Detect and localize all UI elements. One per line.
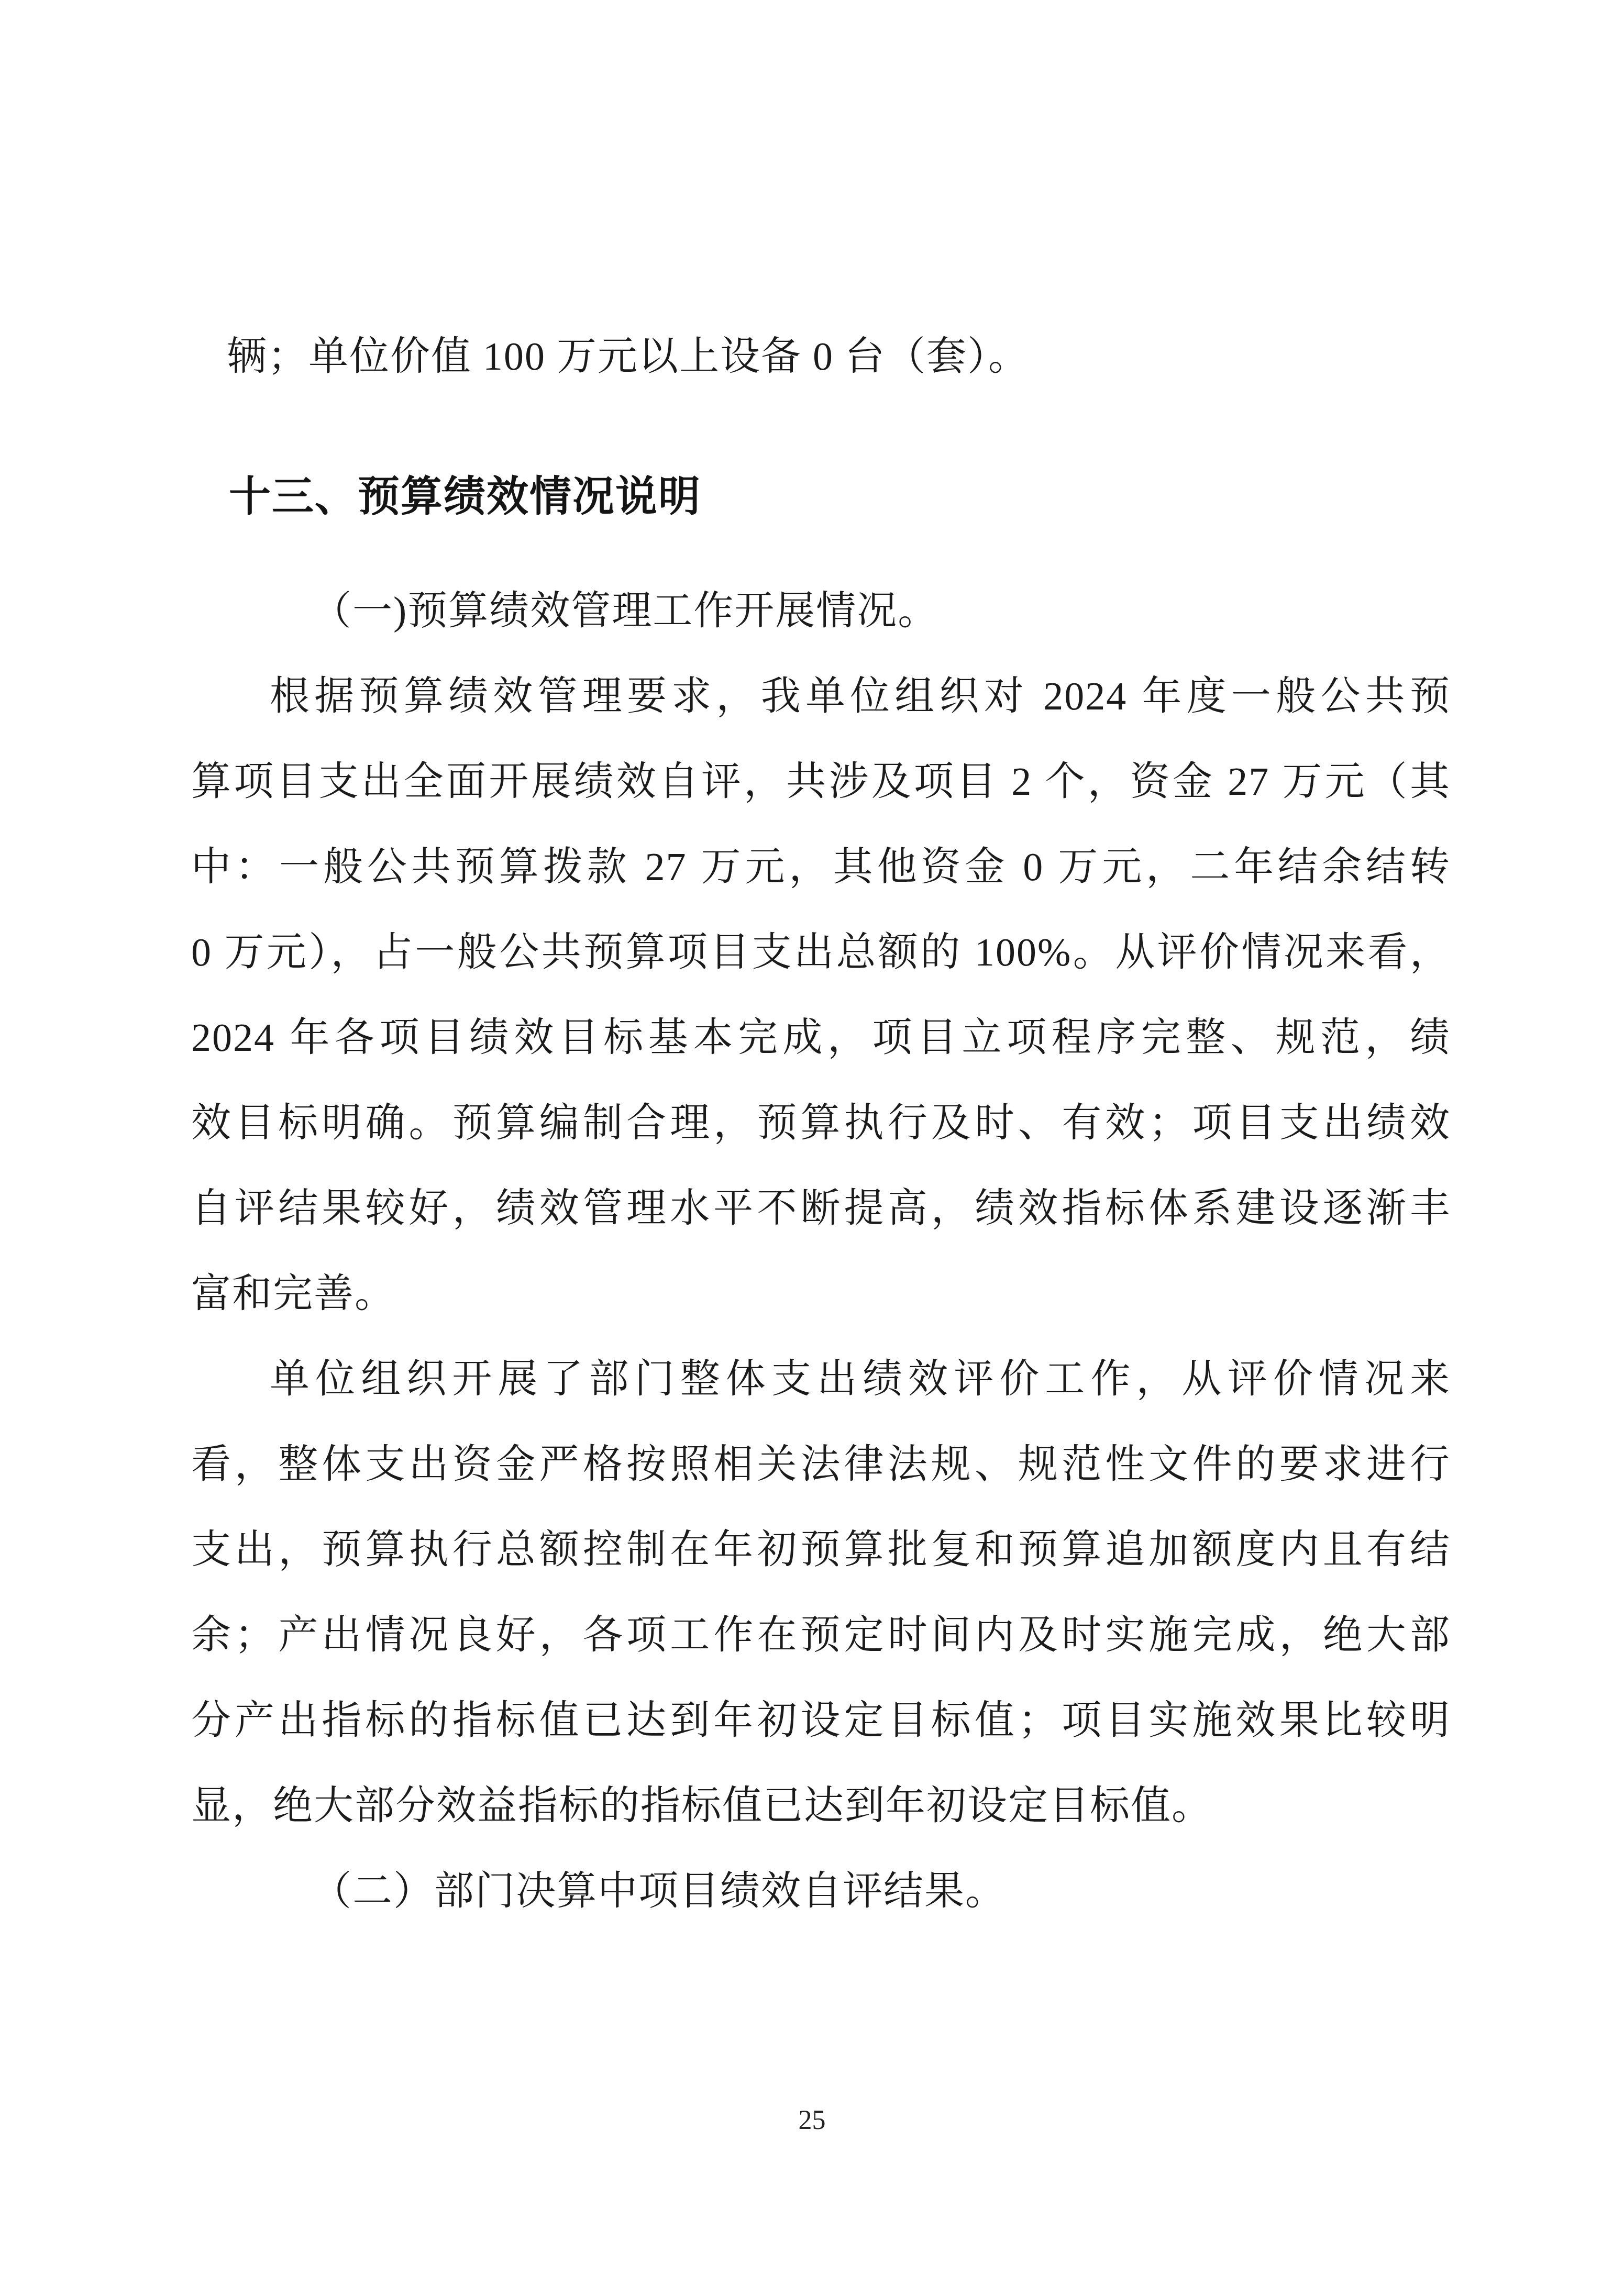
paragraph-1-line: 算项目支出全面开展绩效自评，共涉及项目 2 个，资金 27 万元（其 — [191, 739, 1451, 825]
paragraph-2-line: 余；产出情况良好，各项工作在预定时间内及时实施完成，绝大部 — [191, 1593, 1451, 1678]
paragraph-1-line: 自评结果较好，绩效管理水平不断提高，绩效指标体系建设逐渐丰 — [191, 1166, 1451, 1251]
subsection-heading-1: （一)预算绩效管理工作开展情况。 — [191, 569, 1451, 654]
paragraph-1-line: 0 万元），占一般公共预算项目支出总额的 100%。从评价情况来看， — [191, 910, 1451, 995]
paragraph-1-line: 富和完善。 — [191, 1251, 1451, 1337]
subsection-heading-2: （二）部门决算中项目绩效自评结果。 — [191, 1849, 1451, 1934]
paragraph-2-line: 支出，预算执行总额控制在年初预算批复和预算追加额度内且有结 — [191, 1507, 1451, 1593]
paragraph-1-line: 中：一般公共预算拨款 27 万元，其他资金 0 万元，二年结余结转 — [191, 825, 1451, 910]
document-page: 辆；单位价值 100 万元以上设备 0 台（套）。 十三、预算绩效情况说明 （一… — [0, 0, 1624, 2296]
section-heading: 十三、预算绩效情况说明 — [191, 454, 1451, 540]
paragraph-2-line: 分产出指标的指标值已达到年初设定目标值；项目实施效果比较明 — [191, 1678, 1451, 1763]
carryover-paragraph-line: 辆；单位价值 100 万元以上设备 0 台（套）。 — [191, 314, 1451, 400]
paragraph-2-line: 单位组织开展了部门整体支出绩效评价工作，从评价情况来 — [191, 1337, 1451, 1422]
paragraph-1-line: 效目标明确。预算编制合理，预算执行及时、有效；项目支出绩效 — [191, 1081, 1451, 1166]
paragraph-1-line: 2024 年各项目绩效目标基本完成，项目立项程序完整、规范，绩 — [191, 995, 1451, 1081]
paragraph-2-line: 显，绝大部分效益指标的指标值已达到年初设定目标值。 — [191, 1763, 1451, 1849]
paragraph-2-line: 看，整体支出资金严格按照相关法律法规、规范性文件的要求进行 — [191, 1422, 1451, 1507]
paragraph-1-line: 根据预算绩效管理要求，我单位组织对 2024 年度一般公共预 — [191, 654, 1451, 739]
page-number: 25 — [0, 2105, 1624, 2136]
document-body: 辆；单位价值 100 万元以上设备 0 台（套）。 十三、预算绩效情况说明 （一… — [191, 314, 1451, 1934]
